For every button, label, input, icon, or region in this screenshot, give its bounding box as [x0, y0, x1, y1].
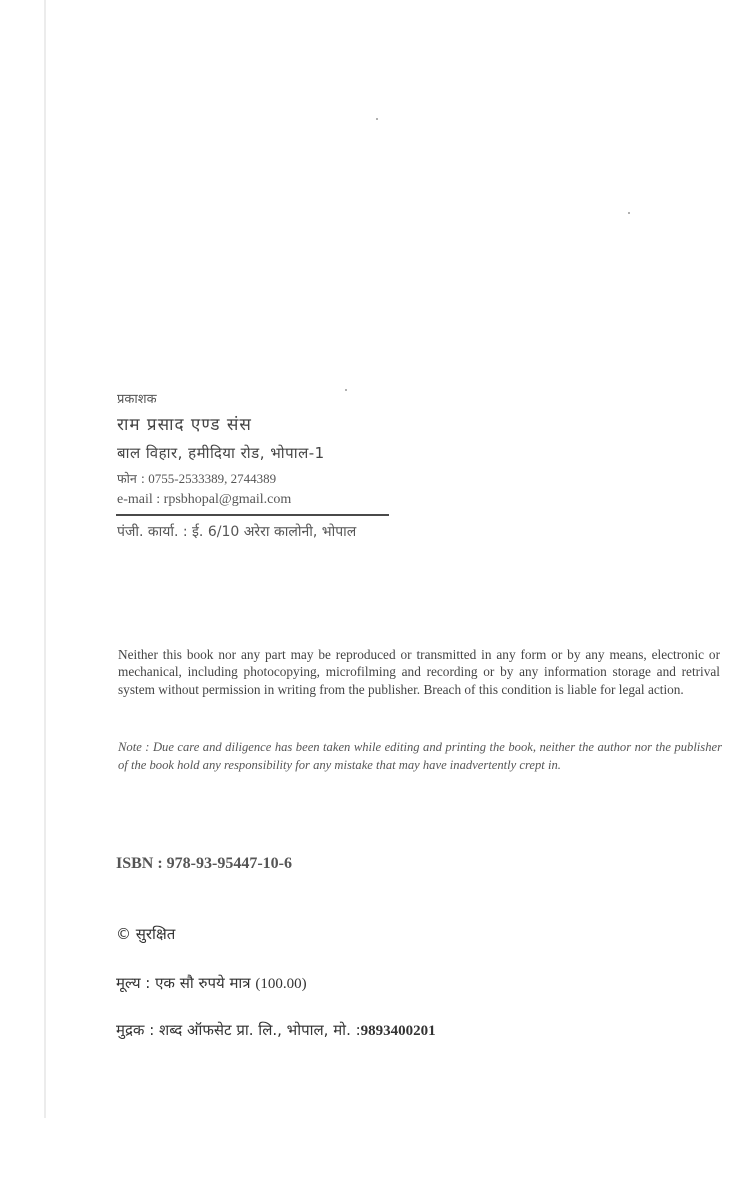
publisher-phone: फोन : 0755-2533389, 2744389: [117, 470, 276, 487]
scan-speck: [628, 212, 630, 214]
isbn: ISBN : 978-93-95447-10-6: [116, 855, 292, 873]
page-edge-line: [44, 0, 46, 1118]
scan-speck: [376, 118, 378, 120]
phone-label: फोन :: [117, 471, 145, 486]
scan-speck: [345, 389, 347, 391]
phone-numbers: 0755-2533389, 2744389: [148, 471, 276, 486]
price-amount: (100.00): [255, 976, 306, 992]
printer-mobile: 9893400201: [361, 1023, 436, 1039]
publisher-email: e-mail : rpsbhopal@gmail.com: [117, 492, 291, 508]
publisher-address: बाल विहार, हमीदिया रोड, भोपाल-1: [117, 443, 325, 463]
rights-notice: Neither this book nor any part may be re…: [118, 646, 720, 698]
email-label: e-mail :: [117, 492, 160, 507]
publisher-label: प्रकाशक: [117, 389, 157, 407]
copyright-line: © सुरक्षित: [116, 924, 175, 944]
disclaimer-note: Note : Due care and diligence has been t…: [118, 738, 722, 774]
copyright-text: सुरक्षित: [136, 925, 175, 943]
email-address[interactable]: rpsbhopal@gmail.com: [164, 492, 292, 507]
registered-office: पंजी. कार्या. : ई. 6/10 अरेरा कालोनी, भो…: [117, 522, 356, 541]
copyright-icon: ©: [116, 925, 131, 943]
price-label: मूल्य : एक सौ रुपये मात्र: [116, 974, 251, 992]
divider-rule: [116, 514, 389, 516]
printer-label: मुद्रक : शब्द ऑफसेट प्रा. लि., भोपाल, मो…: [116, 1021, 361, 1039]
price-line: मूल्य : एक सौ रुपये मात्र (100.00): [116, 973, 307, 993]
publisher-name: राम प्रसाद एण्ड संस: [117, 412, 252, 435]
printer-line: मुद्रक : शब्द ऑफसेट प्रा. लि., भोपाल, मो…: [116, 1020, 436, 1040]
